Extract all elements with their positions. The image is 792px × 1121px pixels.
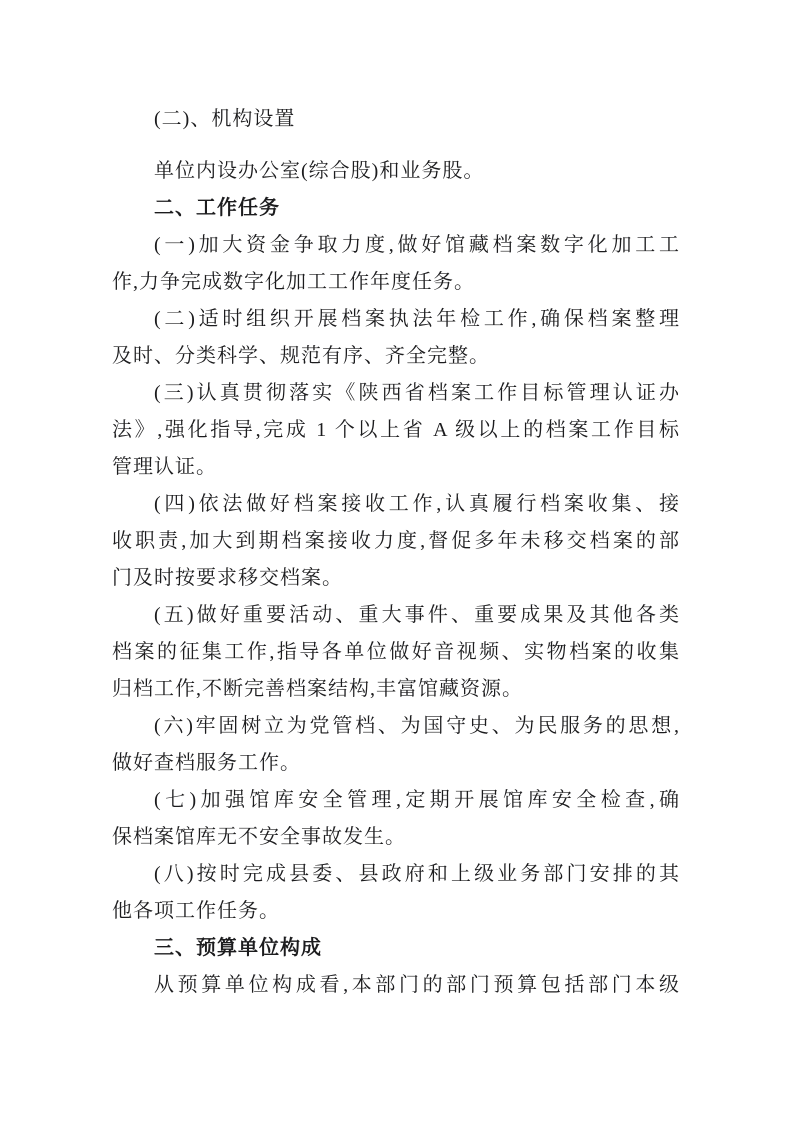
document-page: (二)、机构设置单位内设办公室(综合股)和业务股。二、工作任务(一)加大资金争取… bbox=[0, 0, 792, 1121]
para-task-5-line-3: 归档工作,不断完善档案结构,丰富馆藏资源。 bbox=[112, 671, 680, 708]
document-body: (二)、机构设置单位内设办公室(综合股)和业务股。二、工作任务(一)加大资金争取… bbox=[112, 101, 680, 1004]
para-task-6: (六)牢固树立为党管档、为国守史、为民服务的思想,做好查档服务工作。 bbox=[112, 708, 680, 782]
para-org-setup-heading-line-1: (二)、机构设置 bbox=[112, 101, 680, 138]
para-task-5-line-1: (五)做好重要活动、重大事件、重要成果及其他各类 bbox=[112, 597, 680, 634]
para-task-3-line-1: (三)认真贯彻落实《陕西省档案工作目标管理认证办 bbox=[112, 375, 680, 412]
para-task-4-line-1: (四)依法做好档案接收工作,认真履行档案收集、接 bbox=[112, 486, 680, 523]
para-task-7-line-1: (七)加强馆库安全管理,定期开展馆库安全检查,确 bbox=[112, 782, 680, 819]
para-task-3: (三)认真贯彻落实《陕西省档案工作目标管理认证办法》,强化指导,完成 1 个以上… bbox=[112, 375, 680, 486]
para-budget-unit-body-line-1: 从预算单位构成看,本部门的部门预算包括部门本级 bbox=[112, 967, 680, 1004]
para-section3-heading: 三、预算单位构成 bbox=[112, 930, 680, 967]
para-task-1: (一)加大资金争取力度,做好馆藏档案数字化加工工作,力争完成数字化加工工作年度任… bbox=[112, 227, 680, 301]
para-org-setup-body: 单位内设办公室(综合股)和业务股。 bbox=[112, 153, 680, 190]
para-task-5-line-2: 档案的征集工作,指导各单位做好音视频、实物档案的收集 bbox=[112, 634, 680, 671]
para-task-6-line-2: 做好查档服务工作。 bbox=[112, 745, 680, 782]
para-section3-heading-line-1: 三、预算单位构成 bbox=[112, 930, 680, 967]
para-task-8-line-1: (八)按时完成县委、县政府和上级业务部门安排的其 bbox=[112, 856, 680, 893]
para-task-8-line-2: 他各项工作任务。 bbox=[112, 893, 680, 930]
para-section2-heading: 二、工作任务 bbox=[112, 190, 680, 227]
para-task-4-line-3: 门及时按要求移交档案。 bbox=[112, 560, 680, 597]
para-task-4: (四)依法做好档案接收工作,认真履行档案收集、接收职责,加大到期档案接收力度,督… bbox=[112, 486, 680, 597]
para-task-2-line-1: (二)适时组织开展档案执法年检工作,确保档案整理 bbox=[112, 301, 680, 338]
para-task-2: (二)适时组织开展档案执法年检工作,确保档案整理及时、分类科学、规范有序、齐全完… bbox=[112, 301, 680, 375]
para-task-7-line-2: 保档案馆库无不安全事故发生。 bbox=[112, 819, 680, 856]
para-section2-heading-line-1: 二、工作任务 bbox=[112, 190, 680, 227]
para-task-3-line-3: 管理认证。 bbox=[112, 449, 680, 486]
para-task-6-line-1: (六)牢固树立为党管档、为国守史、为民服务的思想, bbox=[112, 708, 680, 745]
para-budget-unit-body: 从预算单位构成看,本部门的部门预算包括部门本级 bbox=[112, 967, 680, 1004]
para-task-5: (五)做好重要活动、重大事件、重要成果及其他各类档案的征集工作,指导各单位做好音… bbox=[112, 597, 680, 708]
para-task-3-line-2: 法》,强化指导,完成 1 个以上省 A 级以上的档案工作目标 bbox=[112, 412, 680, 449]
para-org-setup-heading: (二)、机构设置 bbox=[112, 101, 680, 138]
para-org-setup-body-line-1: 单位内设办公室(综合股)和业务股。 bbox=[112, 153, 680, 190]
para-task-1-line-2: 作,力争完成数字化加工工作年度任务。 bbox=[112, 264, 680, 301]
para-task-2-line-2: 及时、分类科学、规范有序、齐全完整。 bbox=[112, 338, 680, 375]
para-task-8: (八)按时完成县委、县政府和上级业务部门安排的其他各项工作任务。 bbox=[112, 856, 680, 930]
para-task-4-line-2: 收职责,加大到期档案接收力度,督促多年未移交档案的部 bbox=[112, 523, 680, 560]
para-task-1-line-1: (一)加大资金争取力度,做好馆藏档案数字化加工工 bbox=[112, 227, 680, 264]
para-task-7: (七)加强馆库安全管理,定期开展馆库安全检查,确保档案馆库无不安全事故发生。 bbox=[112, 782, 680, 856]
